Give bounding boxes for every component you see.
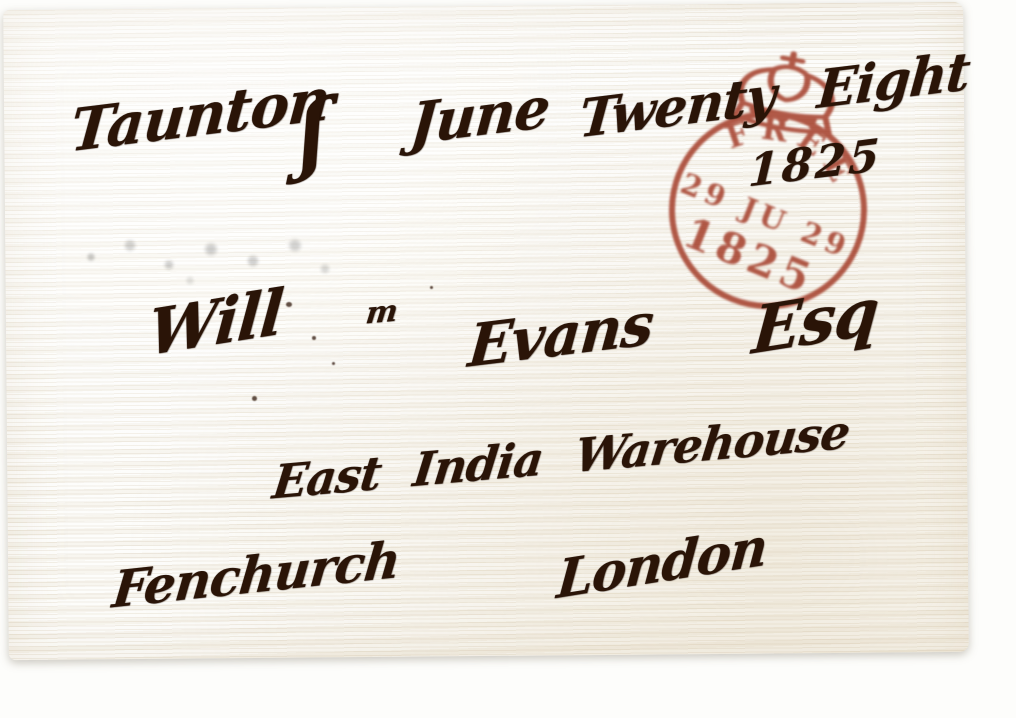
ink-speck — [332, 362, 335, 365]
ink-speck — [252, 396, 257, 401]
ink-speck — [286, 302, 292, 307]
ink-speck — [430, 286, 433, 289]
addressee-name-superscript: m — [364, 296, 398, 329]
manuscript-month: June — [408, 79, 552, 153]
addressee-honorific: Esq — [750, 279, 881, 365]
ink-speck — [312, 336, 316, 340]
pen-flourish: ʃ — [299, 87, 327, 176]
